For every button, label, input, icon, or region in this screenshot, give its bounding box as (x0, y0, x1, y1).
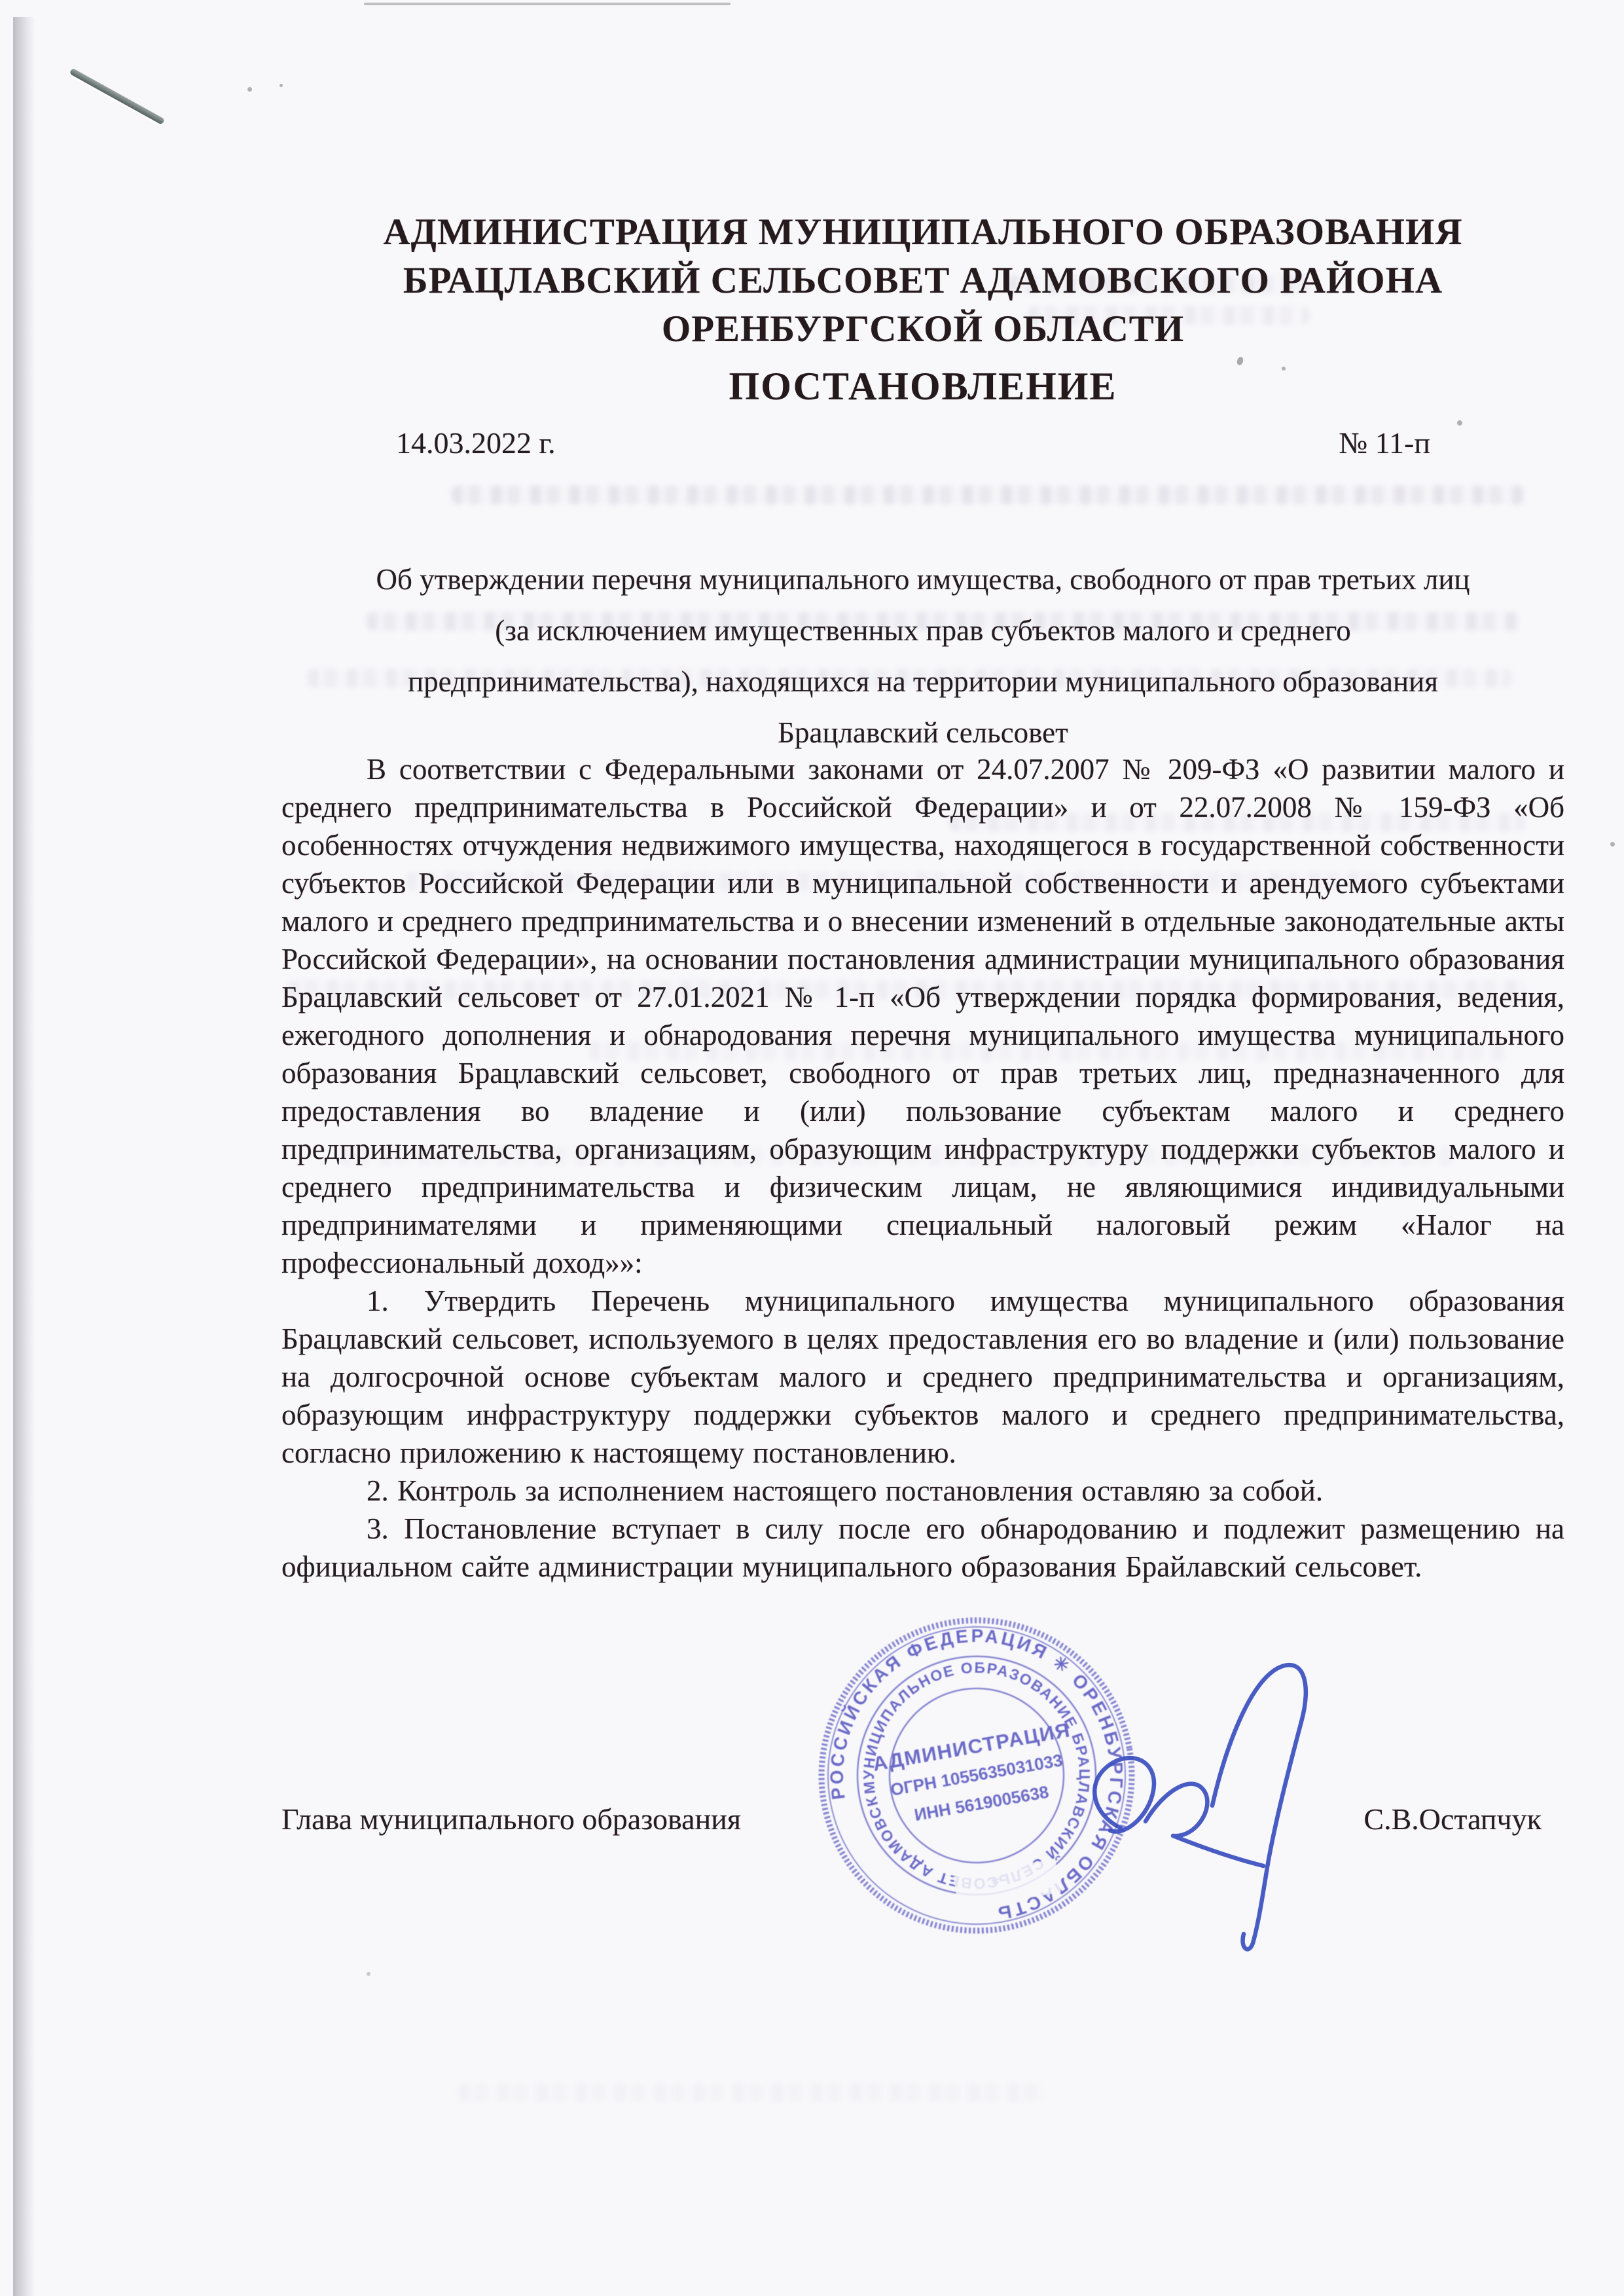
signatory-position: Глава муниципального образования (281, 1802, 741, 1836)
body-paragraph-item-3: 3. Постановление вступает в силу после е… (281, 1510, 1564, 1586)
scan-speck (367, 1972, 370, 1976)
body-paragraph-item-1: 1. Утвердить Перечень муниципального иму… (281, 1282, 1564, 1472)
signatory-name: С.В.Остапчук (1363, 1802, 1542, 1836)
scan-speck (280, 84, 283, 87)
organization-header: АДМИНИСТРАЦИЯ МУНИЦИПАЛЬНОГО ОБРАЗОВАНИЯ… (281, 208, 1564, 354)
organization-header-line: ОРЕНБУРГСКОЙ ОБЛАСТИ (281, 305, 1564, 354)
organization-header-line: БРАЦЛАВСКИЙ СЕЛЬСОВЕТ АДАМОВСКОГО РАЙОНА (281, 257, 1564, 305)
signature-middle-stroke (1146, 1784, 1263, 1866)
document-number: № 11-п (1339, 426, 1430, 460)
body-paragraph-item-2: 2. Контроль за исполнением настоящего по… (281, 1472, 1564, 1510)
scanned-document-page: { "document": { "header_lines": [ "АДМИН… (0, 0, 1624, 2296)
document-type-heading: ПОСТАНОВЛЕНИЕ (281, 364, 1564, 409)
body-paragraph-preamble: В соответствии с Федеральными законами о… (281, 750, 1564, 1282)
document-title-line: (за исключением имущественных прав субъе… (281, 605, 1564, 656)
scan-speck (247, 87, 252, 92)
document-date: 14.03.2022 г. (396, 426, 556, 460)
scan-speck (1610, 842, 1615, 847)
scanner-edge-shadow (13, 17, 35, 2296)
handwritten-signature (1047, 1650, 1348, 1958)
scan-speck (1457, 420, 1462, 426)
document-body: В соответствии с Федеральными законами о… (281, 750, 1564, 1586)
bleedthrough-artifact (452, 486, 1525, 504)
date-number-row: 14.03.2022 г. № 11-п (281, 426, 1564, 460)
staple-mark (69, 68, 166, 125)
document-title-line: предпринимательства), находящихся на тер… (281, 656, 1564, 707)
scan-top-edge-line (364, 3, 731, 5)
organization-header-line: АДМИНИСТРАЦИЯ МУНИЦИПАЛЬНОГО ОБРАЗОВАНИЯ (281, 208, 1564, 257)
document-title: Об утверждении перечня муниципального им… (281, 554, 1564, 758)
bleedthrough-artifact (458, 2083, 1047, 2102)
signature-tall-loop (1212, 1665, 1306, 1949)
document-title-line: Об утверждении перечня муниципального им… (281, 554, 1564, 605)
